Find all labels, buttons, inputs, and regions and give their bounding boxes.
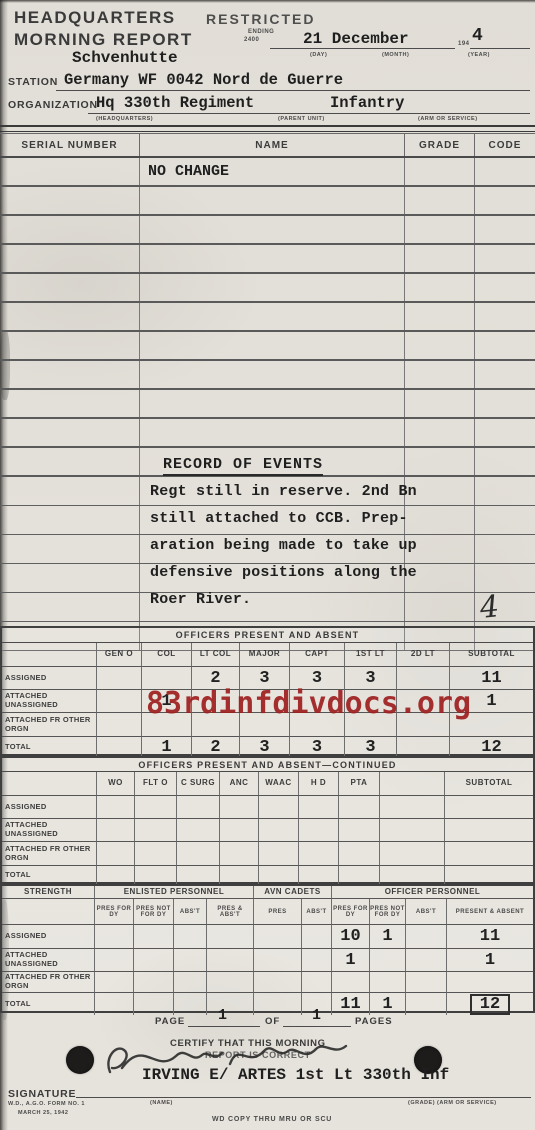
roster-empty-row [0,419,535,448]
col-code: CODE [475,134,535,156]
col-pres-abst: PRES & ABS'T [207,899,254,925]
ending-time: 2400 [244,37,259,43]
officers-row-total: TOTAL 1 2 3 3 3 12 [2,737,533,757]
headquarters-label: HEADQUARTERS [14,8,176,28]
table-cell: 3 [290,737,345,757]
officers-continued-row-attached-unassigned: ATTACHED UNASSIGNED [2,819,533,842]
typed-location: Schvenhutte [72,49,178,67]
col-present-absent: PRESENT & ABSENT [447,899,533,925]
month-sublabel: (MONTH) [382,52,409,58]
form-number-line-2: MARCH 25, 1942 [18,1110,68,1116]
officer-personnel-label: OFFICER PERSONNEL [332,886,533,899]
col-col: COL [142,643,192,667]
enlisted-personnel-label: ENLISTED PERSONNEL [95,886,254,899]
events-line-5: Roer River. [150,591,251,608]
table-cell: 3 [345,737,397,757]
roster-empty-row [0,303,535,332]
page-value: 1 [218,1007,227,1024]
punch-hole-left [66,1046,94,1074]
officers-continued-header-row: WO FLT O C SURG ANC WAAC H D PTA SUBTOTA… [2,772,533,796]
watermark-text: 83rdinfdivdocs.org [146,686,471,721]
headquarters-sublabel: (HEADQUARTERS) [96,116,153,122]
roster-entry-row: NO CHANGE [0,158,535,187]
events-ruled-row [0,593,535,622]
col-lt-col: LT COL [192,643,240,667]
organization-label: ORGANIZATION [8,99,98,111]
distribution-note: WD COPY THRU MRU OR SCU [212,1116,332,1123]
roster-empty-row [0,274,535,303]
report-date: 21 December [303,30,409,48]
table-cell: 1 [370,925,406,949]
col-subtotal: SUBTOTAL [450,643,533,667]
station-value: Germany WF 0042 Nord de Guerre [64,71,343,89]
events-line-2: still attached to CCB. Prep- [150,510,408,527]
table-cell: 1 [447,949,533,972]
form-number-line-1: W.D., A.G.O. FORM NO. 1 [8,1101,85,1107]
col-pres-for-dy: PRES FOR DY [95,899,134,925]
parent-unit-sublabel: (PARENT UNIT) [278,116,325,122]
restricted-stamp: RESTRICTED [206,11,315,27]
pages-label: PAGES [355,1016,393,1027]
col-pres: PRES [254,899,302,925]
roster-entry: NO CHANGE [140,163,229,180]
table-cell: 1 [332,949,370,972]
strength-table: STRENGTH ENLISTED PERSONNEL AVN CADETS O… [0,884,535,1013]
table-cell: 3 [240,737,290,757]
officers-continued-row-assigned: ASSIGNED [2,796,533,819]
col-major: MAJOR [240,643,290,667]
scan-edge-top [0,0,535,3]
col-grade: GRADE [405,134,475,156]
officers-continued-title: OFFICERS PRESENT AND ABSENT—CONTINUED [2,758,533,772]
col-h-d: H D [299,772,339,796]
col-blank [380,772,445,796]
col-c-surg: C SURG [177,772,220,796]
strength-row-attached-unassigned: ATTACHED UNASSIGNED 1 1 [2,949,533,972]
col-1st-lt: 1ST LT [345,643,397,667]
table-cell: 1 [142,737,192,757]
roster-empty-row [0,361,535,390]
officers-header-row: GEN O COL LT COL MAJOR CAPT 1ST LT 2D LT… [2,643,533,667]
year-sublabel: (YEAR) [468,52,490,58]
year-prefix: 194 [458,41,470,47]
year-value: 4 [472,26,483,46]
pages-value: 1 [312,1007,321,1024]
roster-empty-row [0,390,535,419]
col-pres-not-for-dy: PRES NOT FOR DY [370,899,406,925]
col-flt-o: FLT O [135,772,177,796]
section-divider [0,125,535,132]
table-cell: 1 [370,993,406,1015]
table-cell: 12 [450,737,533,757]
signature-label: SIGNATURE [8,1088,76,1100]
strength-row-assigned: ASSIGNED 10 1 11 [2,925,533,949]
col-abst: ABS'T [406,899,447,925]
name-sublabel: (NAME) [150,1100,173,1106]
col-gen-o: GEN O [97,643,142,667]
avn-cadets-label: AVN CADETS [254,886,332,899]
roster-empty-row [0,332,535,361]
handwritten-page-mark: 4 [478,589,501,626]
col-anc: ANC [220,772,259,796]
strength-row-total: TOTAL 11 1 12 [2,993,533,1015]
officers-continued-row-attached-fr: ATTACHED FR OTHER ORGN [2,842,533,866]
events-line-4: defensive positions along the [150,564,417,581]
table-cell: 10 [332,925,370,949]
col-waac: WAAC [259,772,299,796]
col-capt: CAPT [290,643,345,667]
station-label: STATION [8,76,58,88]
of-label: OF [265,1016,280,1027]
morning-report-label: MORNING REPORT [14,30,193,50]
col-serial-number: SERIAL NUMBER [0,134,140,156]
morning-report-document: 83rdinfdivdocs.org HEADQUARTERS RESTRICT… [0,0,535,1130]
events-line-3: aration being made to take up [150,537,417,554]
arm-sublabel: (ARM OR SERVICE) [418,116,478,122]
strength-label: STRENGTH [2,886,95,899]
organization-value: Hq 330th Regiment [96,94,254,112]
col-name: NAME [140,134,405,156]
page-label: PAGE [155,1016,185,1027]
handwritten-signature [102,1032,357,1084]
roster-empty-row [0,216,535,245]
col-pta: PTA [339,772,380,796]
col-2d-lt: 2D LT [397,643,450,667]
roster-empty-row [0,187,535,216]
strength-group-header: STRENGTH ENLISTED PERSONNEL AVN CADETS O… [2,886,533,899]
table-cell-boxed: 12 [470,994,510,1015]
roster-empty-row [0,245,535,274]
officers-continued-row-total: TOTAL [2,866,533,885]
arm-value: Infantry [330,94,404,112]
events-line-1: Regt still in reserve. 2nd Bn [150,483,417,500]
record-of-events-title: RECORD OF EVENTS [163,456,323,476]
officers-continued-table: OFFICERS PRESENT AND ABSENT—CONTINUED WO… [0,756,535,884]
col-abst: ABS'T [302,899,332,925]
officers-table-title: OFFICERS PRESENT AND ABSENT [2,628,533,643]
roster-header-row: SERIAL NUMBER NAME GRADE CODE [0,133,535,158]
col-pres-for-dy: PRES FOR DY [332,899,370,925]
table-cell: 2 [192,737,240,757]
col-wo: WO [97,772,135,796]
col-abst: ABS'T [174,899,207,925]
day-sublabel: (DAY) [310,52,327,58]
col-pres-not-for-dy: PRES NOT FOR DY [134,899,174,925]
strength-subheader-row: PRES FOR DY PRES NOT FOR DY ABS'T PRES &… [2,899,533,925]
table-cell: 11 [447,925,533,949]
grade-sublabel: (GRADE) (ARM OR SERVICE) [408,1100,497,1106]
strength-row-attached-fr: ATTACHED FR OTHER ORGN [2,972,533,993]
col-subtotal: SUBTOTAL [445,772,533,796]
